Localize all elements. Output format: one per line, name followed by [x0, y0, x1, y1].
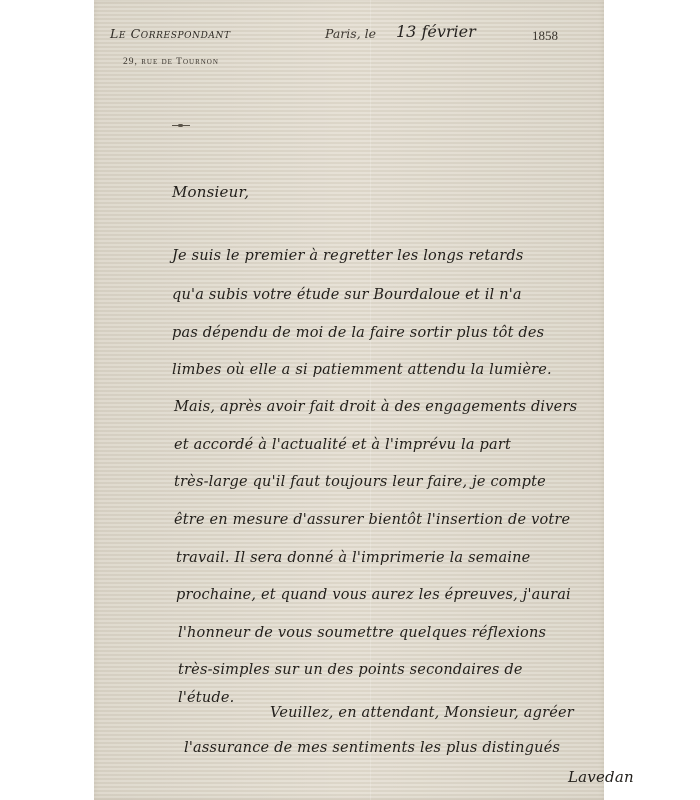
- body-line: être en mesure d'assurer bientôt l'inser…: [174, 512, 570, 528]
- closing-line: Veuillez, en attendant, Monsieur, agréer: [270, 705, 574, 721]
- letterhead-address: 29, rue de Tournon: [123, 57, 219, 67]
- dateline-year: 1858: [532, 28, 558, 44]
- body-line: pas dépendu de moi de la faire sortir pl…: [172, 325, 544, 341]
- body-line: prochaine, et quand vous aurez les épreu…: [176, 587, 571, 603]
- body-line: Mais, après avoir fait droit à des engag…: [174, 399, 577, 415]
- page: Le Correspondant 29, rue de Tournon Pari…: [0, 0, 700, 800]
- dateline-place: Paris, le: [325, 26, 376, 41]
- body-line: et accordé à l'actualité et à l'imprévu …: [174, 437, 511, 453]
- body-line: l'étude.: [178, 690, 234, 706]
- letter-paper: Le Correspondant 29, rue de Tournon Pari…: [94, 0, 604, 800]
- body-line: très-large qu'il faut toujours leur fair…: [174, 474, 546, 490]
- body-line: l'honneur de vous soumettre quelques réf…: [178, 625, 546, 641]
- signature: Lavedan: [568, 768, 634, 786]
- body-line: qu'a subis votre étude sur Bourdaloue et…: [172, 287, 522, 303]
- body-line: limbes où elle a si patiemment attendu l…: [172, 362, 552, 378]
- closing-line: l'assurance de mes sentiments les plus d…: [184, 740, 560, 756]
- salutation: Monsieur,: [172, 183, 249, 201]
- dateline-date: 13 février: [396, 22, 476, 41]
- body-line: Je suis le premier à regretter les longs…: [172, 248, 523, 264]
- letterhead-name: Le Correspondant: [110, 26, 231, 41]
- ornament-divider-icon: [172, 125, 190, 126]
- body-line: travail. Il sera donné à l'imprimerie la…: [176, 550, 530, 566]
- body-line: très-simples sur un des points secondair…: [178, 662, 523, 678]
